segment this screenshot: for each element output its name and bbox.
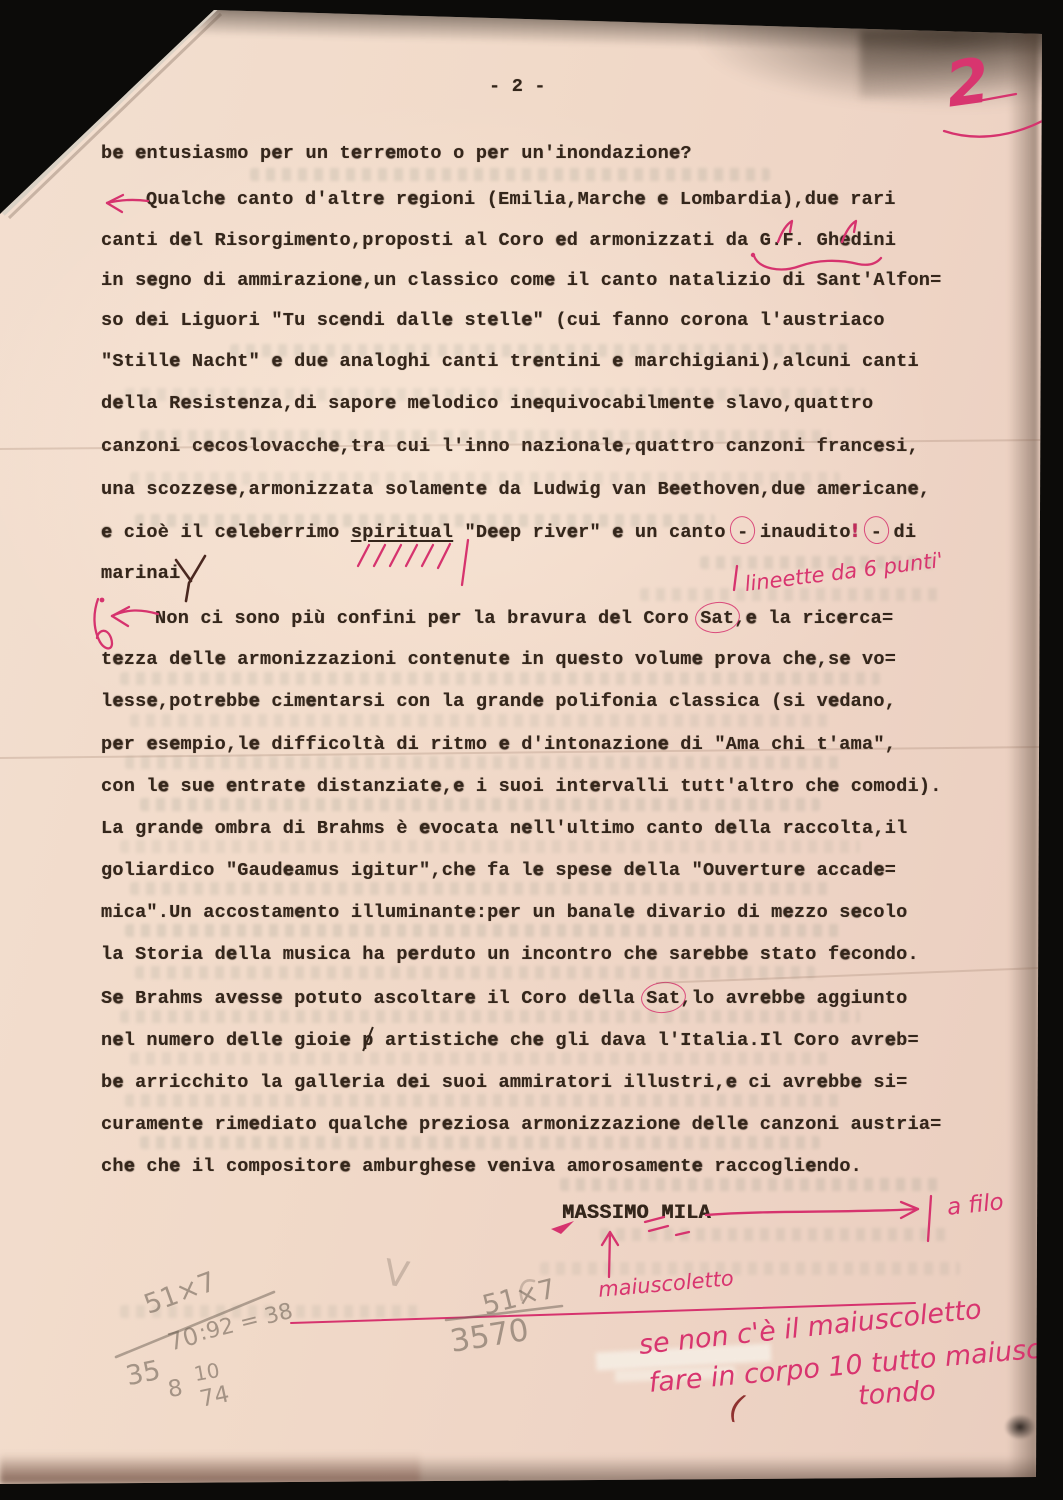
left-margin-arrow-2 [94,599,100,642]
ghost-line [130,714,830,727]
ghost-line [140,1136,820,1149]
typed-line: lesse,potrebbe cimentarsi con la grande … [101,691,896,712]
smudge-top-edge [180,0,1061,57]
typed-text: nel numero delle gioie [101,1030,362,1051]
page-number-header: - 2 - [489,76,546,97]
torn-corner-shadow [9,14,221,218]
handwritten-page-number: 2 [941,43,994,121]
ghost-line [600,1228,950,1241]
ghost-line [560,1178,940,1191]
typed-line: con le sue entrate distanziate,e i suoi … [101,776,942,797]
smudge-bottom-edge [0,1456,1050,1484]
spiritual-italic-hatches [358,540,468,585]
typed-line: goliardico "Gaudeamus igitur",che fa le … [101,860,896,881]
torn-corner-edge [3,8,216,214]
typed-line: per esempio,le difficoltà di ritmo e d'i… [101,734,896,755]
typed-line: "Stille Nacht" e due analoghi canti tren… [101,351,919,372]
ghost-line [125,924,845,937]
typed-line-sat-2: Se Brahms avesse potuto ascoltare il Cor… [101,988,908,1009]
ghost-line [120,840,860,853]
typed-text: "Deep river" e un canto [453,522,737,543]
pencil-calc: 70 [165,1321,202,1356]
pencil-calc: 3570 [448,1312,532,1360]
typed-text: Se Brahms avesse potuto ascoltare il Cor… [101,988,646,1009]
typed-line: canti del Risorgimento,proposti al Coro … [101,230,896,251]
ghost-line [135,966,815,979]
pencil-calc: 8 [166,1375,184,1403]
ghost-line [130,882,830,895]
circled-dash: - [737,522,748,543]
scan-background: - 2 - be entusiasmo per un terremoto o p… [0,0,1063,1500]
document-page: - 2 - be entusiasmo per un terremoto o p… [0,0,1063,1500]
circled-word-sat: Sat [700,608,734,629]
signature: MASSIMO MILA [562,1202,711,1225]
ghost-line [250,168,770,181]
underlined-word: spiritual [351,522,453,543]
typed-line-struck-char: nel numero delle gioie p artistiche che … [101,1030,919,1051]
typed-line: be arricchito la galleria dei suoi ammir… [101,1072,907,1093]
typed-text: ,e la ricerca= [734,608,893,629]
ghost-line [125,756,845,769]
typed-text: artistiche che gli dava l'Italia.Il Coro… [374,1030,919,1051]
smudge-right-edge [1008,30,1038,1480]
pencil-calc: 35 [123,1355,163,1392]
smudge-right-chip [1004,1414,1036,1440]
pencil-check: V [381,1252,412,1296]
typed-line: marinai [101,563,181,584]
ghost-line [130,1052,830,1065]
typed-line: mica".Un accostamento illuminante:per un… [101,902,907,923]
left-margin-arrow-1 [107,200,148,203]
typed-line: della Resistenza,di sapore melodico ineq… [101,393,873,414]
typed-line: canzoni cecoslovacche,tra cui l'inno naz… [101,436,919,457]
typed-text: inaudito [748,522,850,543]
typed-line: che che il compositore amburghese veniva… [101,1156,862,1177]
typed-text: ,lo avrebbe aggiunto [680,988,907,1009]
ghost-line [120,672,880,685]
ghost-line [140,798,820,811]
struck-character: p [362,1030,373,1051]
typed-text: e cioè il celeberrimo [101,522,351,543]
pencil-calc: 74 [198,1381,232,1413]
circled-dash: - [871,522,882,543]
ghost-line [125,1094,845,1107]
typed-line: una scozzese,armonizzata solamente da Lu… [101,479,930,500]
a-filo-line [706,1209,918,1215]
typed-text: Non ci sono più confini per la bravura d… [155,608,700,629]
ghost-line [540,1262,960,1275]
typed-line: be entusiasmo per un terremoto o per un'… [101,143,692,164]
typed-line: la Storia della musica ha perduto un inc… [101,944,919,965]
ghedini-underline-swoosh [754,256,881,269]
note-bottom-line3: tondo [857,1375,937,1411]
typed-line-sat-1: Non ci sono più confini per la bravura d… [155,608,893,629]
typed-line: Qualche canto d'altre regioni (Emilia,Ma… [146,189,896,210]
typed-line: tezza delle armonizzazioni contenute in … [101,649,896,670]
circled-word-sat: Sat [646,988,680,1009]
typed-line: curamente rimediato qualche preziosa arm… [101,1114,942,1135]
typed-line-spiritual: e cioè il celeberrimo spiritual "Deep ri… [101,521,916,543]
note-a-filo: a filo [946,1189,1005,1221]
pencil-calc: 10 [192,1358,221,1386]
smudge-top-right [700,18,1060,108]
ghost-line [120,1010,860,1023]
typed-line: so dei Liguori "Tu scendi dalle stelle" … [101,310,885,331]
smudge-bottom-left [0,1452,420,1482]
paren-mark: ( [726,1387,746,1427]
typed-line: La grande ombra di Brahms è evocata nell… [101,818,907,839]
typed-line: in segno di ammirazione,un classico come… [101,270,942,291]
